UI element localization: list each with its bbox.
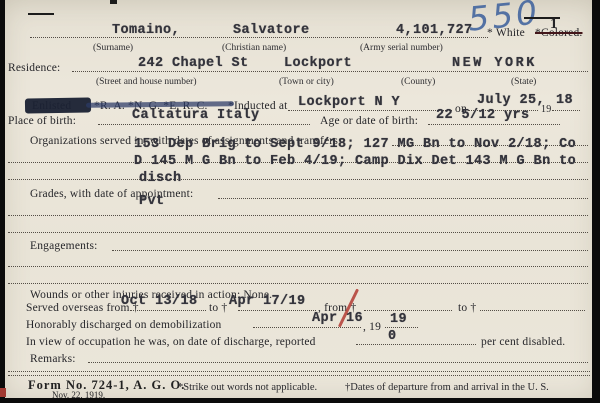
surname-value: Tomaino, bbox=[112, 23, 180, 38]
surname-label: (Surname) bbox=[93, 43, 133, 53]
overseas-to1-value: Apr 17/19 bbox=[229, 294, 306, 309]
inducted-place-value: Lockport N Y bbox=[298, 95, 400, 110]
residence-state-value: NEW YORK bbox=[452, 56, 537, 71]
age-value: 22 5/12 yrs bbox=[436, 108, 530, 123]
scan-edge-right bbox=[592, 0, 600, 403]
overseas-to-label1: to † bbox=[209, 302, 227, 314]
scan-dash-topleft bbox=[28, 13, 54, 15]
town-label: (Town or city) bbox=[279, 77, 334, 87]
organizations-line1: 153 Dep Brig to Sept 9/18; 127 MG Bn to … bbox=[134, 137, 576, 152]
discharge-label: Honorably discharged on demobilization bbox=[26, 319, 222, 331]
disability-suffix: per cent disabled. bbox=[481, 336, 565, 348]
blank-rule-1 bbox=[8, 215, 588, 216]
organizations-line3: disch bbox=[139, 171, 182, 186]
residence-label: Residence: bbox=[8, 62, 60, 74]
ink-blot-enlisted bbox=[25, 97, 91, 113]
race-white-label: * White bbox=[487, 27, 525, 39]
grades-label: Grades, with date of appointment: bbox=[30, 188, 193, 200]
race-colored-label: *Colored. bbox=[535, 27, 582, 39]
discharge-year-value: 19 bbox=[390, 312, 407, 327]
blank-rule-2 bbox=[8, 232, 588, 233]
residence-rule bbox=[72, 71, 588, 72]
overseas-from2-rule bbox=[364, 310, 452, 311]
footnote-dates: †Dates of departure from and arrival in … bbox=[345, 382, 549, 393]
disability-label: In view of occupation he was, on date of… bbox=[26, 336, 316, 348]
inducted-year-printed: 19 bbox=[541, 104, 551, 115]
overseas-from1-rule bbox=[130, 310, 206, 311]
ink-strike-options bbox=[86, 101, 234, 108]
overseas-to1-rule bbox=[238, 310, 316, 311]
service-record-card: 550 1 Tomaino, Salvatore 4,101,727 * Whi… bbox=[0, 0, 600, 403]
footer-divider bbox=[8, 371, 590, 376]
grades-value: Pvt bbox=[139, 194, 165, 209]
blank-rule-4 bbox=[8, 283, 588, 284]
state-label: (State) bbox=[511, 77, 536, 87]
place-of-birth-label: Place of birth: bbox=[8, 115, 76, 127]
residence-street-value: 242 Chapel St bbox=[138, 56, 249, 71]
blank-rule-3 bbox=[8, 266, 588, 267]
overseas-to2-rule bbox=[480, 310, 585, 311]
county-label: (County) bbox=[401, 77, 435, 87]
organizations-rule3 bbox=[8, 179, 588, 180]
age-rule bbox=[428, 124, 560, 125]
serial-number-label: (Army serial number) bbox=[360, 43, 443, 53]
scan-edge-bottom bbox=[0, 398, 600, 403]
name-rule bbox=[30, 37, 488, 38]
place-of-birth-value: Caltatura Italy bbox=[132, 108, 260, 123]
grades-rule bbox=[218, 198, 588, 199]
inducted-year-value: 18 bbox=[556, 93, 573, 108]
engagements-label: Engagements: bbox=[30, 240, 98, 252]
discharge-rule bbox=[253, 327, 361, 328]
age-label: Age or date of birth: bbox=[320, 115, 418, 127]
footnote-strike-out: *Strike out words not applicable. bbox=[178, 382, 317, 393]
discharge-year-printed: , 19 bbox=[363, 321, 381, 333]
remarks-label: Remarks: bbox=[30, 353, 76, 365]
disability-rule bbox=[356, 344, 476, 345]
scan-edge-left bbox=[0, 0, 5, 403]
residence-town-value: Lockport bbox=[284, 56, 352, 71]
organizations-line2: D 145 M G Bn to Feb 4/19; Camp Dix Det 1… bbox=[134, 154, 576, 169]
overseas-from1-value: Oct 13/18 bbox=[121, 294, 198, 309]
street-label: (Street and house number) bbox=[96, 77, 197, 87]
disability-value: 0 bbox=[388, 329, 397, 344]
place-of-birth-rule bbox=[98, 124, 310, 125]
scan-red-tick-left bbox=[0, 388, 6, 397]
inducted-date-value: July 25, bbox=[477, 93, 545, 108]
scan-tick-top bbox=[110, 0, 117, 4]
discharge-year-rule bbox=[385, 327, 418, 328]
engagements-rule bbox=[112, 250, 588, 251]
inducted-place-rule bbox=[288, 110, 452, 111]
serial-number-value: 4,101,727 bbox=[396, 23, 473, 38]
christian-name-value: Salvatore bbox=[233, 23, 310, 38]
remarks-rule bbox=[88, 362, 588, 363]
overseas-to-label2: to † bbox=[458, 302, 476, 314]
discharge-date-value: Apr 16 bbox=[312, 311, 363, 326]
inducted-year-rule bbox=[552, 110, 580, 111]
christian-name-label: (Christian name) bbox=[222, 43, 286, 53]
